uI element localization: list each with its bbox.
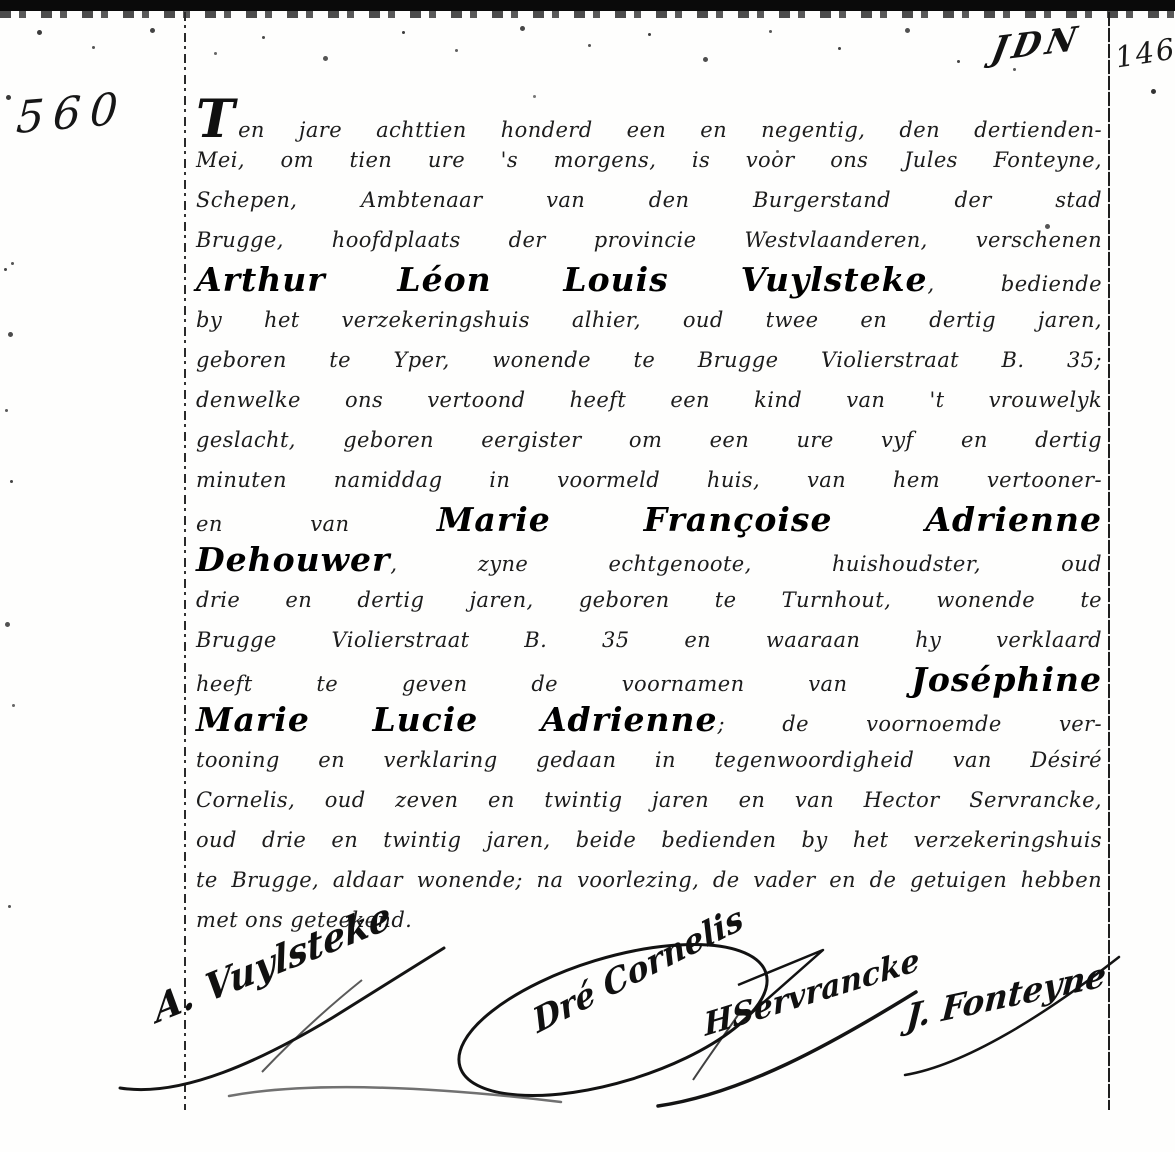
act-text-segment: , bediende — [927, 272, 1102, 296]
act-text-segment: by het verzekeringshuis alhier, oud twee… — [196, 308, 1102, 332]
act-line: Ten jare achttien honderd een en negenti… — [196, 100, 1102, 140]
act-line: minuten namiddag in voormeld huis, van h… — [196, 460, 1102, 500]
act-text-segment: drie en dertig jaren, geboren te Turnhou… — [196, 588, 1102, 612]
act-text-segment: Joséphine — [911, 660, 1102, 699]
act-text-segment: Marie Lucie Adrienne — [196, 700, 718, 739]
act-line: Schepen, Ambtenaar van den Burgerstand d… — [196, 180, 1102, 220]
act-text-segment: minuten namiddag in voormeld huis, van h… — [196, 468, 1102, 492]
act-line: geslacht, geboren eergister om een ure v… — [196, 420, 1102, 460]
scanned-birth-act-page: { "colors": { "ink": "#1c1c1c", "paper":… — [0, 0, 1175, 1152]
act-text-segment: denwelke ons vertoond heeft een kind van… — [196, 388, 1102, 412]
act-text-segment: Arthur Léon Louis Vuylsteke — [196, 260, 927, 299]
act-text-segment: en van — [196, 512, 437, 536]
act-body: Ten jare achttien honderd een en negenti… — [196, 100, 1102, 940]
act-line: Dehouwer, zyne echtgenoote, huishoudster… — [196, 540, 1102, 580]
act-line: oud drie en twintig jaren, beide bediend… — [196, 820, 1102, 860]
act-margin-number: 560 — [15, 83, 128, 144]
act-line: Mei, om tien ure 's morgens, is voor ons… — [196, 140, 1102, 180]
act-line: by het verzekeringshuis alhier, oud twee… — [196, 300, 1102, 340]
act-line: en van Marie Françoise Adrienne — [196, 500, 1102, 540]
act-line: Brugge Violierstraat B. 35 en waaraan hy… — [196, 620, 1102, 660]
act-text-segment: geslacht, geboren eergister om een ure v… — [196, 428, 1102, 452]
act-text-segment: , zyne echtgenoote, huishoudster, oud — [390, 552, 1102, 576]
scan-edge-fray — [0, 11, 1175, 18]
right-margin-rule — [1108, 12, 1110, 1110]
act-text-segment: en jare achttien honderd een en negentig… — [238, 118, 1102, 142]
act-text-segment: Schepen, Ambtenaar van den Burgerstand d… — [196, 188, 1102, 212]
act-text-segment: geboren te Yper, wonende te Brugge Violi… — [196, 348, 1102, 372]
act-text-segment: heeft te geven de voornamen van — [196, 672, 911, 696]
act-text-segment: Brugge Violierstraat B. 35 en waaraan hy… — [196, 628, 1102, 652]
act-text-segment: Dehouwer — [196, 540, 390, 579]
act-line: denwelke ons vertoond heeft een kind van… — [196, 380, 1102, 420]
act-text-segment: Marie Françoise Adrienne — [437, 500, 1102, 539]
act-line: drie en dertig jaren, geboren te Turnhou… — [196, 580, 1102, 620]
act-text-segment: ; de voornoemde ver- — [718, 712, 1102, 736]
act-line: tooning en verklaring gedaan in tegenwoo… — [196, 740, 1102, 780]
act-line: geboren te Yper, wonende te Brugge Violi… — [196, 340, 1102, 380]
act-text-segment: tooning en verklaring gedaan in tegenwoo… — [196, 748, 1102, 772]
act-line: Cornelis, oud zeven en twintig jaren en … — [196, 780, 1102, 820]
act-line: heeft te geven de voornamen van Joséphin… — [196, 660, 1102, 700]
act-line: te Brugge, aldaar wonende; na voorlezing… — [196, 860, 1102, 900]
act-text-segment: Brugge, hoofdplaats der provincie Westvl… — [196, 228, 1102, 252]
scan-edge-bar — [0, 0, 1175, 11]
act-line: Brugge, hoofdplaats der provincie Westvl… — [196, 220, 1102, 260]
left-margin-rule — [184, 12, 186, 1110]
act-text-segment: oud drie en twintig jaren, beide bediend… — [196, 828, 1102, 852]
dust-speckles-left — [0, 0, 3, 3]
act-text-segment: Mei, om tien ure 's morgens, is voor ons… — [196, 148, 1102, 172]
act-text-segment: Cornelis, oud zeven en twintig jaren en … — [196, 788, 1102, 812]
act-line: Arthur Léon Louis Vuylsteke, bediende — [196, 260, 1102, 300]
act-text-segment: te Brugge, aldaar wonende; na voorlezing… — [196, 868, 1102, 892]
act-line: Marie Lucie Adrienne; de voornoemde ver- — [196, 700, 1102, 740]
